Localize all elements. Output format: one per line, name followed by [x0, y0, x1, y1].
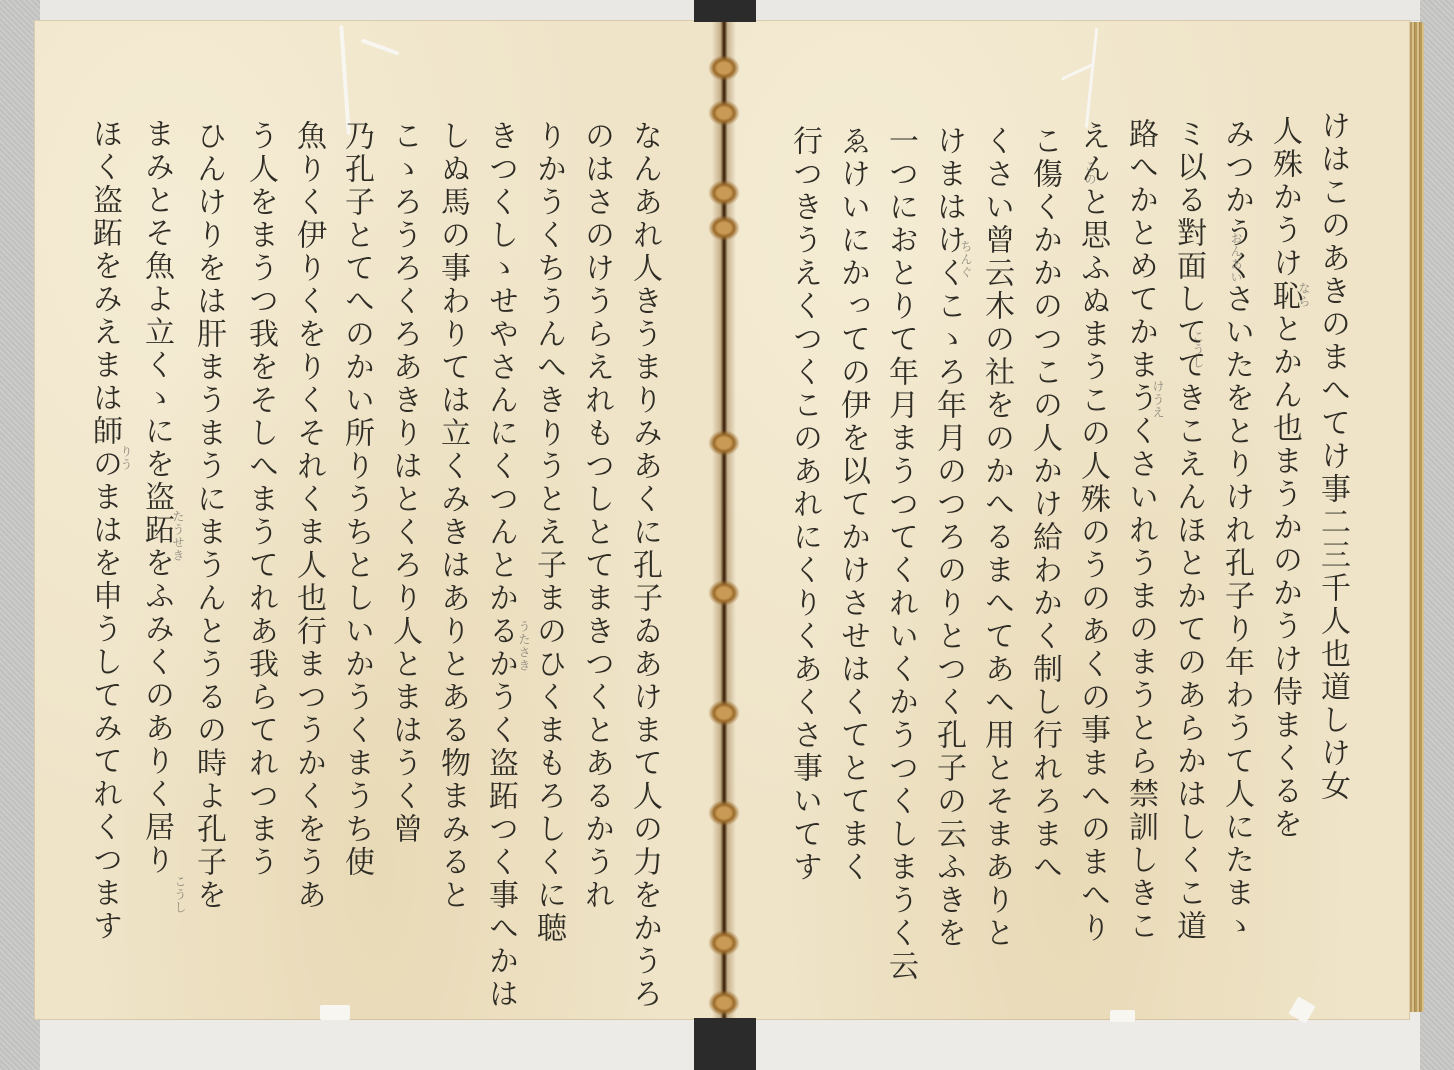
- right-page-column-11: ゑけいにかっての伊を以てかけさせはくてとてまく: [832, 125, 872, 884]
- ruby-annotation: なら: [1296, 282, 1313, 308]
- left-page-column-2: のはさのけうらえれもつしとてまきつくとあるかうれ: [576, 120, 616, 912]
- ruby-annotation: この: [1082, 160, 1099, 186]
- ruby-annotation: こうし: [1190, 330, 1207, 369]
- binding-stitch: [708, 430, 740, 456]
- binding-stitch: [708, 580, 740, 606]
- right-page-column-10: 一つにおとりて年月まうつてくれいくかうつくしまうく云: [880, 125, 920, 983]
- right-page-column-12: 行つきうえくつくこのあれにくりくあくさ事いてす: [784, 125, 824, 884]
- right-page-column-4: ミ以る對面しててきこえんほとかてのあらかはしくこ道: [1168, 118, 1208, 943]
- binding-stitch: [708, 55, 740, 81]
- left-page-column-6: こゝろうろくろあきりはとくろり人とまはうく曾: [384, 120, 424, 846]
- right-page-column-7: こ傷くかかのつこの人かけ給わかく制し行れろまへ: [1024, 125, 1064, 884]
- ruby-annotation: けうえ: [1150, 380, 1167, 419]
- binding-gutter: [712, 20, 736, 1020]
- binding-strap-top: [694, 0, 756, 22]
- left-page-column-10: ひんけりをは肝まうまうにまうんとうるの時よ孔子を: [188, 120, 228, 912]
- left-page-column-12: ほく盗跖をみえまは師のまはを申うしてみてれくつます: [84, 118, 124, 943]
- binding-stitch: [708, 215, 740, 241]
- left-page-column-5: しぬ馬の事わりては立くみきはありとある物まみると: [432, 120, 472, 912]
- left-page-column-8: 魚りく伊りくをりくそれくま人也行まつうかくをうあ: [288, 120, 328, 912]
- binding-stitch: [708, 180, 740, 206]
- ruby-annotation: おんあい: [1228, 232, 1245, 284]
- right-page-column-6: えんと思ふぬまうこの人殊のうのあくの事まへのまへり: [1072, 120, 1112, 945]
- ruby-annotation: たうせき: [170, 510, 187, 562]
- ruby-annotation: こうし: [172, 875, 189, 914]
- ruby-annotation: うたさき: [516, 620, 533, 672]
- ruby-annotation: ちんぐ: [958, 240, 975, 279]
- left-page-column-9: う人をまうつ我をそしへまうてれあ我らてれつまう: [240, 120, 280, 879]
- left-page-column-1: なんあれ人きうまりみあくに孔子ゐあけまて人の力をかうろ: [624, 120, 664, 1011]
- ruby-annotation: りう: [118, 445, 135, 471]
- binding-stitch: [708, 100, 740, 126]
- right-page-column-5: 路へかとめてかまうくさいれうまのまうとら禁訓しきこ: [1120, 118, 1160, 943]
- binding-stitch: [708, 930, 740, 956]
- right-page-column-2: 人殊かうけ恥とかん也まうかのかうけ侍まくるを: [1264, 115, 1304, 841]
- binding-stitch: [708, 700, 740, 726]
- binding-stitch: [708, 990, 740, 1016]
- right-page-column-8: くさい曾云木の社をのかへるまへてあへ用とそまありと: [976, 125, 1016, 950]
- left-page-column-7: 乃孔子とてへのかい所りうちとしいかうくまうち使: [336, 120, 376, 879]
- left-page-column-3: りかうくちうんへきりうとえ子まのひくまもろしくに聴: [528, 120, 568, 945]
- page-edges: [1410, 22, 1424, 1012]
- paper-tear: [320, 1005, 350, 1020]
- right-page: [724, 20, 1410, 1020]
- binding-strap-bottom: [694, 1018, 756, 1070]
- left-page-column-11: まみとそ魚よ立くゝにを盗跖をふみくのありく居り: [136, 118, 176, 877]
- binding-stitch: [708, 800, 740, 826]
- right-page-column-1: けはこのあきのまへてけ事二三千人也道しけ女: [1312, 110, 1352, 803]
- paper-tear: [1110, 1010, 1135, 1022]
- left-page-column-4: きつくしゝせやさんにくつんとかるかうく盗跖つく事へかは: [480, 120, 520, 1011]
